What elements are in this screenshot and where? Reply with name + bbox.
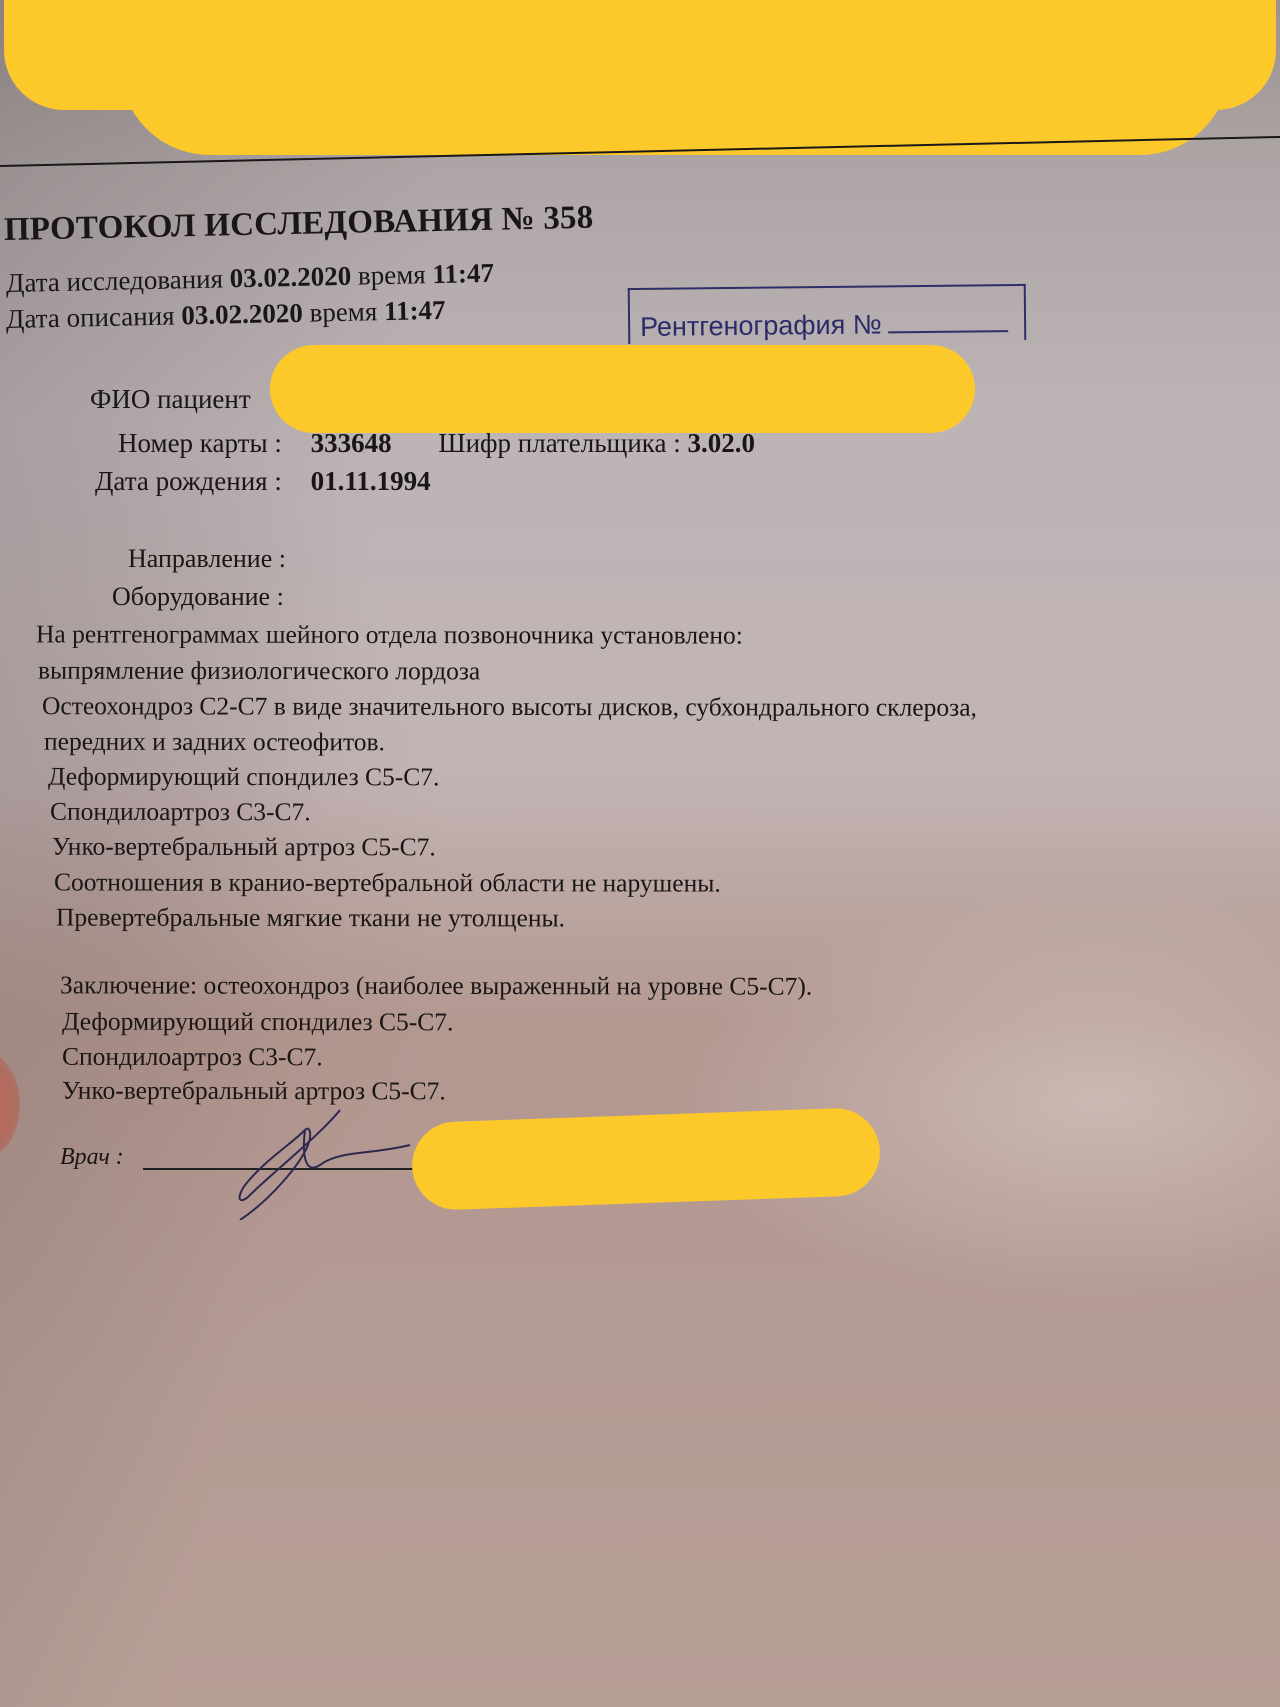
exam-date-label: Дата исследования: [6, 263, 224, 298]
conclusion-line: Заключение: остеохондроз (наиболее выраж…: [60, 970, 812, 1001]
dob-label: Дата рождения :: [95, 466, 282, 496]
findings-line: Унко-вертебральный артроз С5-С7.: [52, 832, 436, 863]
description-time-label: время: [309, 296, 377, 327]
document-title: ПРОТОКОЛ ИССЛЕДОВАНИЯ № 358: [4, 200, 594, 249]
equipment-label: Оборудование :: [112, 582, 284, 612]
findings-line: Соотношения в кранио-вертебральной облас…: [54, 867, 721, 898]
findings-line: передних и задних остеофитов.: [44, 727, 385, 758]
card-number-value: 333648: [311, 428, 392, 458]
finger-in-photo: [0, 1050, 20, 1160]
dob-row: Дата рождения : 01.11.1994: [95, 466, 431, 497]
payer-code-label: Шифр плательщика :: [438, 428, 680, 458]
conclusion-line: Унко-вертебральный артроз С5-С7.: [62, 1076, 446, 1107]
exam-date-value: 03.02.2020: [229, 261, 351, 294]
conclusion-line: Спондилоартроз С3-С7.: [62, 1042, 323, 1072]
dob-value: 01.11.1994: [311, 466, 431, 496]
doctor-signature: [210, 1105, 430, 1220]
findings-line: Превертебральные мягкие ткани не утолщен…: [56, 903, 565, 934]
referral-label: Направление :: [128, 544, 286, 574]
findings-line: Деформирующий спондилез С5-С7.: [48, 762, 440, 793]
redaction-patient-name: [270, 345, 975, 433]
doctor-label: Врач :: [60, 1144, 124, 1171]
patient-name-label: ФИО пациент: [90, 384, 251, 415]
description-date-value: 03.02.2020: [181, 298, 303, 331]
payer-code-value: 3.02.0: [688, 428, 756, 458]
conclusion-line: Деформирующий спондилез С5-С7.: [62, 1007, 454, 1038]
findings-line: Спондилоартроз С3-С7.: [50, 797, 311, 827]
card-number-row: Номер карты : 333648 Шифр плательщика : …: [118, 428, 755, 459]
stamp-text: Рентгенография №: [640, 309, 882, 342]
exam-time-label: время: [358, 259, 426, 290]
redaction-doctor-name: [411, 1107, 882, 1211]
redaction-header-2: [120, 40, 1230, 155]
radiography-stamp: Рентгенография №: [628, 284, 1027, 344]
exam-time-value: 11:47: [432, 258, 494, 289]
description-date-label: Дата описания: [6, 300, 175, 334]
findings-line: выпрямление физиологического лордоза: [38, 656, 480, 687]
description-date-line: Дата описания 03.02.2020 время 11:47: [6, 295, 446, 335]
card-number-label: Номер карты :: [118, 428, 282, 458]
stamp-number-blank: [888, 330, 1008, 333]
findings-line: На рентгенограммах шейного отдела позвон…: [36, 619, 743, 650]
findings-line: Остеохондроз С2-С7 в виде значительного …: [42, 691, 977, 723]
description-time-value: 11:47: [384, 295, 446, 326]
exam-date-line: Дата исследования 03.02.2020 время 11:47: [6, 258, 495, 299]
